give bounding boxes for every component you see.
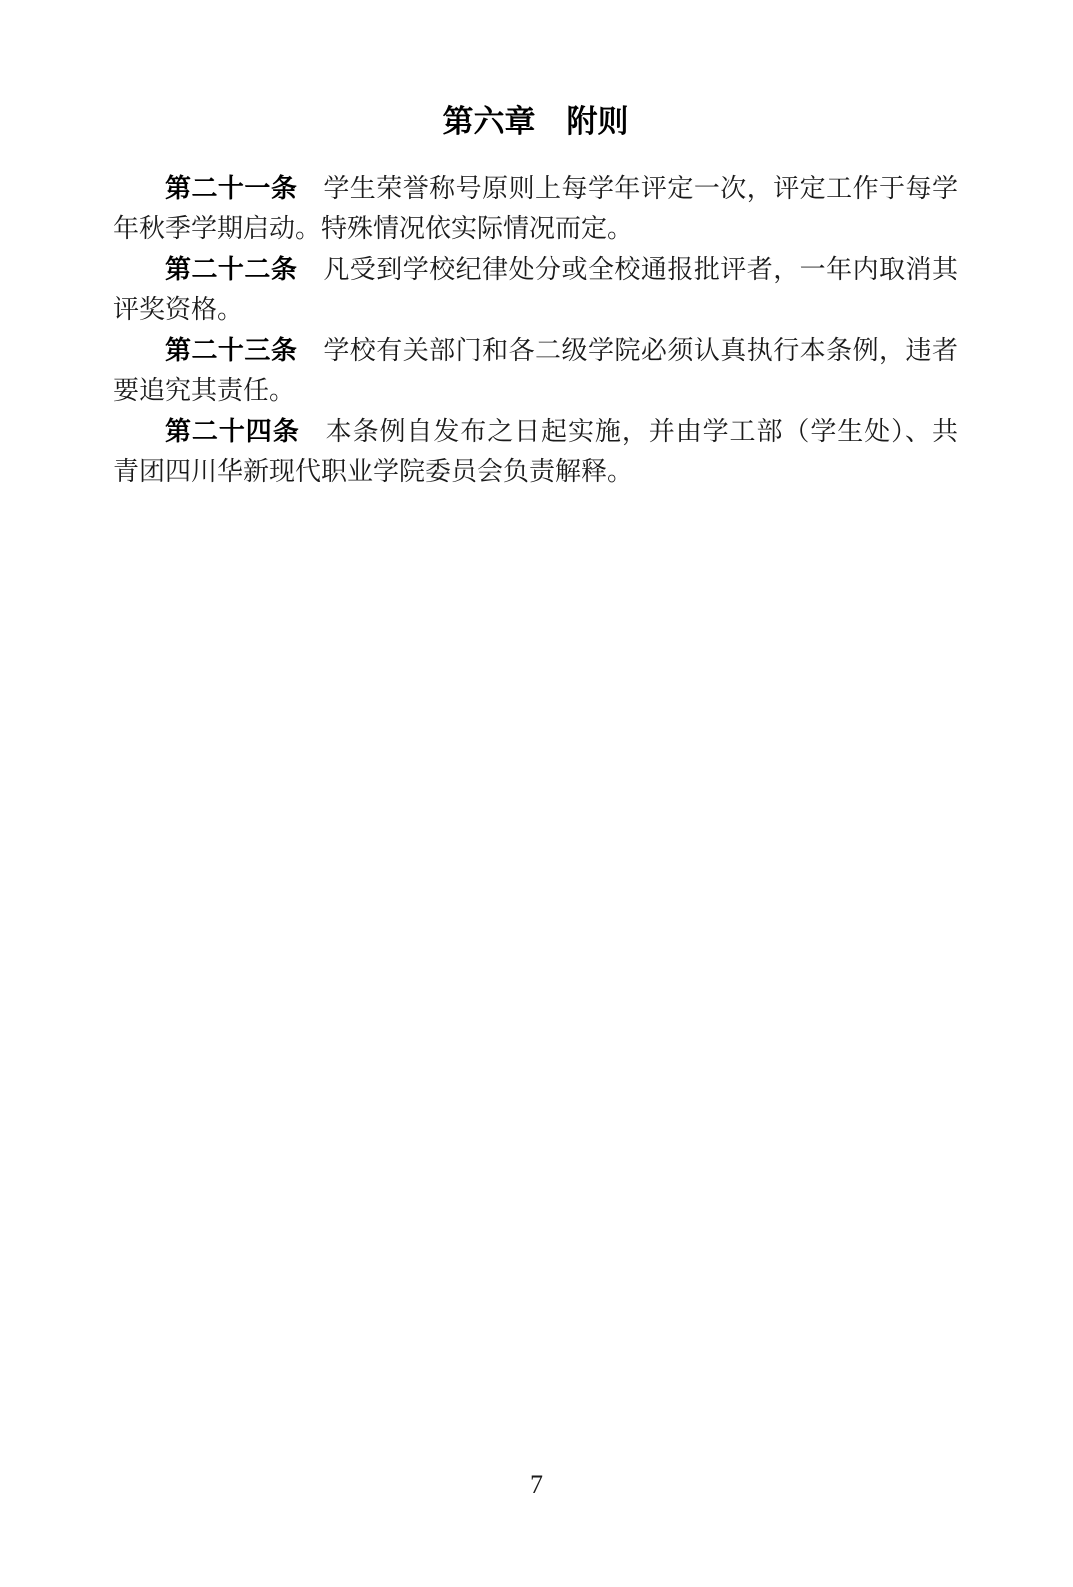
article-paragraph: 第二十四条本条例自发布之日起实施，并由学工部（学生处）、共青团四川华新现代职业学… (113, 411, 958, 492)
article-number: 第二十三条 (165, 335, 297, 365)
document-content: 第六章 附则 第二十一条学生荣誉称号原则上每学年评定一次，评定工作于每学年秋季学… (113, 100, 958, 492)
page-number: 7 (0, 1468, 1073, 1502)
article-number: 第二十二条 (165, 254, 297, 284)
article-paragraph: 第二十一条学生荣誉称号原则上每学年评定一次，评定工作于每学年秋季学期启动。特殊情… (113, 168, 958, 249)
article-paragraph: 第二十三条学校有关部门和各二级学院必须认真执行本条例，违者要追究其责任。 (113, 330, 958, 411)
chapter-title: 第六章 附则 (113, 100, 958, 144)
article-paragraph: 第二十二条凡受到学校纪律处分或全校通报批评者，一年内取消其评奖资格。 (113, 249, 958, 330)
article-number: 第二十一条 (165, 173, 297, 203)
article-number: 第二十四条 (165, 416, 300, 446)
document-page: 第六章 附则 第二十一条学生荣誉称号原则上每学年评定一次，评定工作于每学年秋季学… (0, 0, 1073, 1587)
